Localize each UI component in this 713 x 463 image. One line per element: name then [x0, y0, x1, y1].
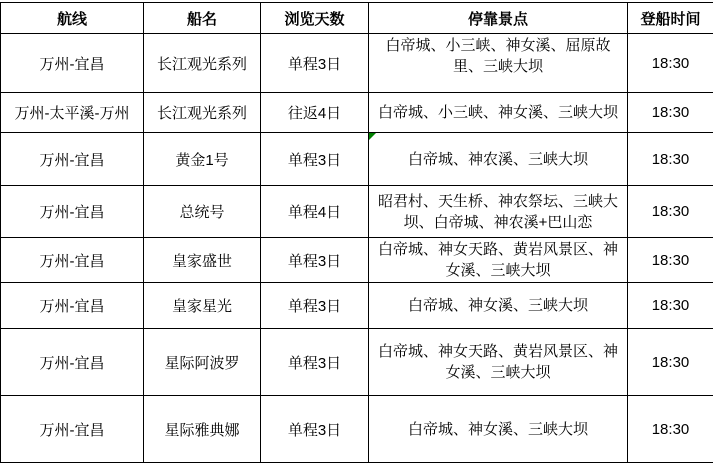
table-row: 万州-宜昌 皇家盛世 单程3日 白帝城、神女天路、黄岩风景区、神女溪、三峡大坝 … — [1, 238, 713, 283]
table-body: 万州-宜昌 长江观光系列 单程3日 白帝城、小三峡、神女溪、屈原故里、三峡大坝 … — [1, 34, 713, 463]
route-cell: 万州-宜昌 — [1, 34, 144, 93]
time-cell: 18:30 — [628, 93, 713, 133]
table-row: 万州-太平溪-万州 长江观光系列 往返4日 白帝城、小三峡、神女溪、三峡大坝 1… — [1, 93, 713, 133]
route-cell: 万州-宜昌 — [1, 283, 144, 329]
ship-cell: 皇家盛世 — [144, 238, 261, 283]
route-cell: 万州-宜昌 — [1, 396, 144, 463]
days-cell: 往返4日 — [261, 93, 369, 133]
stops-cell: 白帝城、神女溪、三峡大坝 — [369, 283, 628, 329]
table-row: 万州-宜昌 黄金1号 单程3日 白帝城、神农溪、三峡大坝 18:30 — [1, 133, 713, 186]
cell-corner-marker — [369, 133, 376, 140]
time-cell: 18:30 — [628, 133, 713, 186]
stops-cell: 白帝城、小三峡、神女溪、三峡大坝 — [369, 93, 628, 133]
days-cell: 单程3日 — [261, 133, 369, 186]
column-header-ship: 船名 — [144, 3, 261, 34]
days-cell: 单程4日 — [261, 186, 369, 238]
days-cell: 单程3日 — [261, 283, 369, 329]
time-cell: 18:30 — [628, 329, 713, 396]
days-cell: 单程3日 — [261, 238, 369, 283]
column-header-time: 登船时间 — [628, 3, 713, 34]
header-row: 航线 船名 浏览天数 停靠景点 登船时间 — [1, 3, 713, 34]
stops-cell: 白帝城、小三峡、神女溪、屈原故里、三峡大坝 — [369, 34, 628, 93]
ship-cell: 长江观光系列 — [144, 93, 261, 133]
table-row: 万州-宜昌 长江观光系列 单程3日 白帝城、小三峡、神女溪、屈原故里、三峡大坝 … — [1, 34, 713, 93]
stops-cell: 白帝城、神女溪、三峡大坝 — [369, 396, 628, 463]
ship-cell: 长江观光系列 — [144, 34, 261, 93]
column-header-days: 浏览天数 — [261, 3, 369, 34]
time-cell: 18:30 — [628, 34, 713, 93]
stops-cell: 白帝城、神女天路、黄岩风景区、神女溪、三峡大坝 — [369, 329, 628, 396]
ship-cell: 星际雅典娜 — [144, 396, 261, 463]
days-cell: 单程3日 — [261, 34, 369, 93]
ship-cell: 星际阿波罗 — [144, 329, 261, 396]
table-row: 万州-宜昌 皇家星光 单程3日 白帝城、神女溪、三峡大坝 18:30 — [1, 283, 713, 329]
route-cell: 万州-宜昌 — [1, 133, 144, 186]
stops-cell: 昭君村、天生桥、神农祭坛、三峡大坝、白帝城、神农溪+巴山恋 — [369, 186, 628, 238]
table-row: 万州-宜昌 总统号 单程4日 昭君村、天生桥、神农祭坛、三峡大坝、白帝城、神农溪… — [1, 186, 713, 238]
route-cell: 万州-宜昌 — [1, 238, 144, 283]
time-cell: 18:30 — [628, 186, 713, 238]
column-header-route: 航线 — [1, 3, 144, 34]
table-row: 万州-宜昌 星际雅典娜 单程3日 白帝城、神女溪、三峡大坝 18:30 — [1, 396, 713, 463]
days-cell: 单程3日 — [261, 396, 369, 463]
table-header: 航线 船名 浏览天数 停靠景点 登船时间 — [1, 3, 713, 34]
stops-cell: 白帝城、神女天路、黄岩风景区、神女溪、三峡大坝 — [369, 238, 628, 283]
ship-cell: 总统号 — [144, 186, 261, 238]
table-row: 万州-宜昌 星际阿波罗 单程3日 白帝城、神女天路、黄岩风景区、神女溪、三峡大坝… — [1, 329, 713, 396]
cruise-schedule-table: 航线 船名 浏览天数 停靠景点 登船时间 万州-宜昌 长江观光系列 单程3日 白… — [0, 2, 713, 463]
time-cell: 18:30 — [628, 396, 713, 463]
route-cell: 万州-宜昌 — [1, 329, 144, 396]
column-header-stops: 停靠景点 — [369, 3, 628, 34]
ship-cell: 皇家星光 — [144, 283, 261, 329]
route-cell: 万州-宜昌 — [1, 186, 144, 238]
days-cell: 单程3日 — [261, 329, 369, 396]
time-cell: 18:30 — [628, 238, 713, 283]
time-cell: 18:30 — [628, 283, 713, 329]
route-cell: 万州-太平溪-万州 — [1, 93, 144, 133]
ship-cell: 黄金1号 — [144, 133, 261, 186]
stops-cell: 白帝城、神农溪、三峡大坝 — [369, 133, 628, 186]
